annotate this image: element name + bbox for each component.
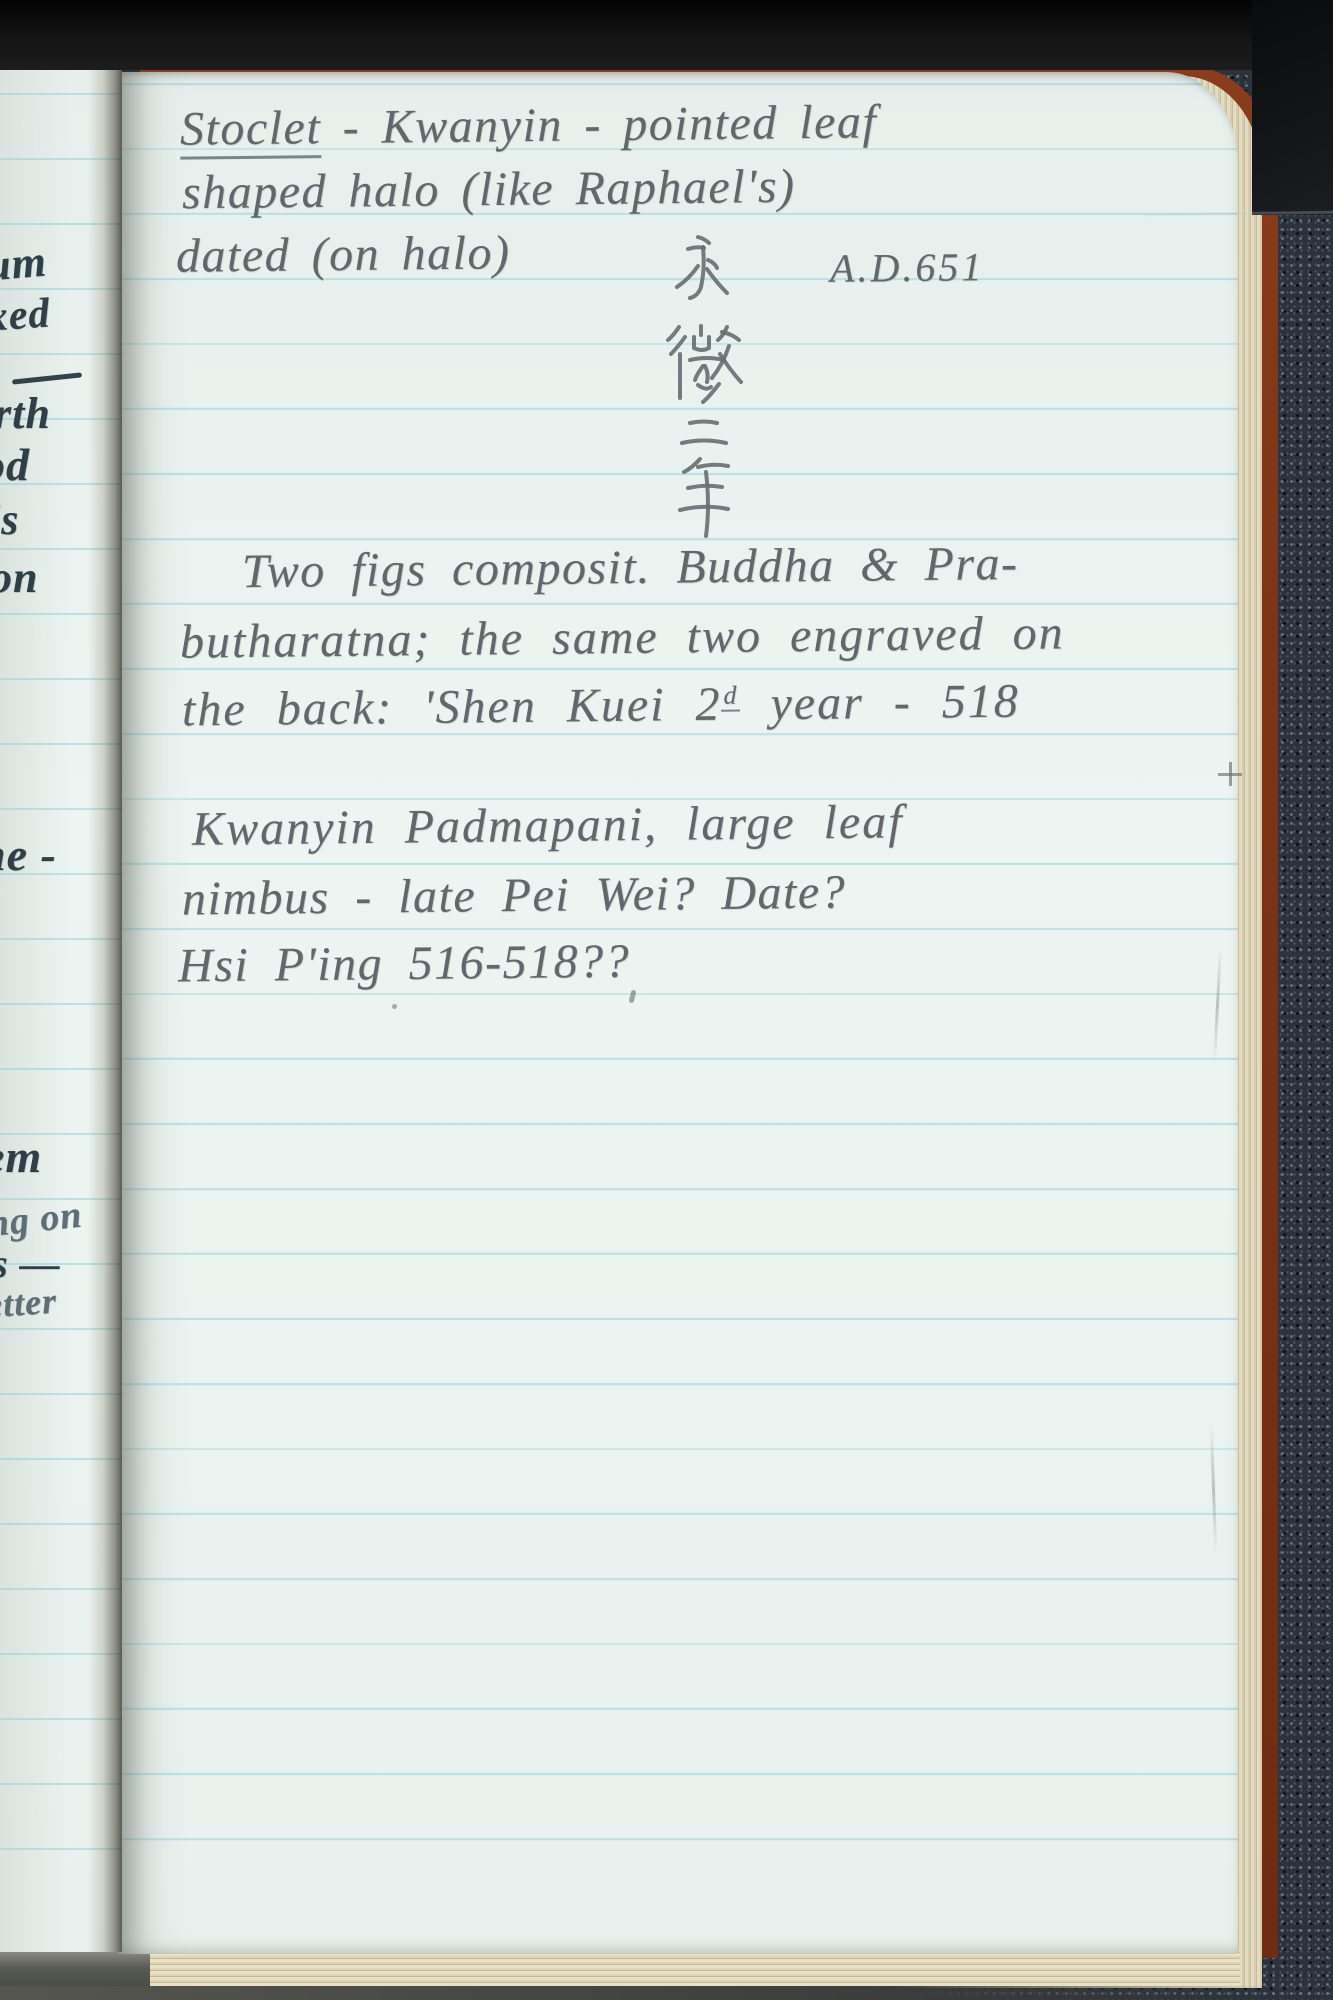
left-page-fragment: is <box>0 494 19 545</box>
page-stack-edge-bottom <box>150 1950 1240 1988</box>
line-1-rest: - Kwanyin - pointed leaf <box>321 95 878 154</box>
left-page-fragment: um <box>0 235 49 291</box>
pencil-plus-mark <box>1218 762 1242 786</box>
left-page-fragment: ne - <box>0 828 57 881</box>
handwritten-line-4: Two figs composit. Buddha & Pra- <box>242 536 1019 599</box>
pencil-tick-mark <box>629 990 637 1004</box>
left-page-fragment: rth <box>0 388 51 439</box>
cover-corner <box>1252 0 1333 215</box>
left-page-fragment: on <box>0 552 38 603</box>
notebook-photo: Stoclet - Kwanyin - pointed leaf shaped … <box>0 0 1333 2000</box>
ink-dash-mark <box>12 372 82 384</box>
underlined-word: Stoclet <box>180 101 322 159</box>
pencil-streak <box>1210 1424 1218 1554</box>
left-page-fragment: od <box>0 438 30 491</box>
superscript-d: d <box>721 681 740 712</box>
handwritten-line-1: Stoclet - Kwanyin - pointed leaf <box>180 94 878 156</box>
notebook-page: Stoclet - Kwanyin - pointed leaf shaped … <box>118 72 1238 1954</box>
cover-top-band <box>0 0 1333 70</box>
handwritten-line-6: the back: 'Shen Kuei 2d year - 518 <box>182 674 1020 738</box>
handwritten-line-3: dated (on halo) <box>176 225 511 283</box>
pencil-dot-mark <box>392 1004 397 1009</box>
left-page-fragment: em <box>0 1130 42 1183</box>
facing-page-edge: um ixed rth od is on ne - em ing on ts —… <box>0 70 122 1952</box>
pencil-streak <box>1213 947 1222 1062</box>
left-page-fragment: ixed <box>0 289 52 342</box>
date-annotation: A.D.651 <box>830 243 985 292</box>
character-yong-icon <box>670 232 732 304</box>
page-gutter-shadow <box>88 70 122 1952</box>
character-hui-icon <box>664 320 748 406</box>
bottom-surface <box>0 1986 1278 2000</box>
line-6-post: year - 518 <box>740 675 1020 731</box>
left-page-fragment: etter <box>0 1280 58 1327</box>
handwritten-line-7: Kwanyin Padmapani, large leaf <box>192 794 904 856</box>
handwritten-line-5: butharatna; the same two engraved on <box>180 605 1065 669</box>
handwritten-line-9: Hsi P'ing 516-518?? <box>178 934 631 994</box>
handwritten-line-8: nimbus - late Pei Wei? Date? <box>182 865 847 927</box>
line-6-pre: the back: 'Shen Kuei 2 <box>182 678 722 737</box>
chinese-inscription: 永徽二年 <box>670 232 762 540</box>
character-nian-icon <box>674 454 734 540</box>
handwritten-line-2: shaped halo (like Raphael's) <box>182 159 796 220</box>
character-er-icon <box>678 414 730 452</box>
